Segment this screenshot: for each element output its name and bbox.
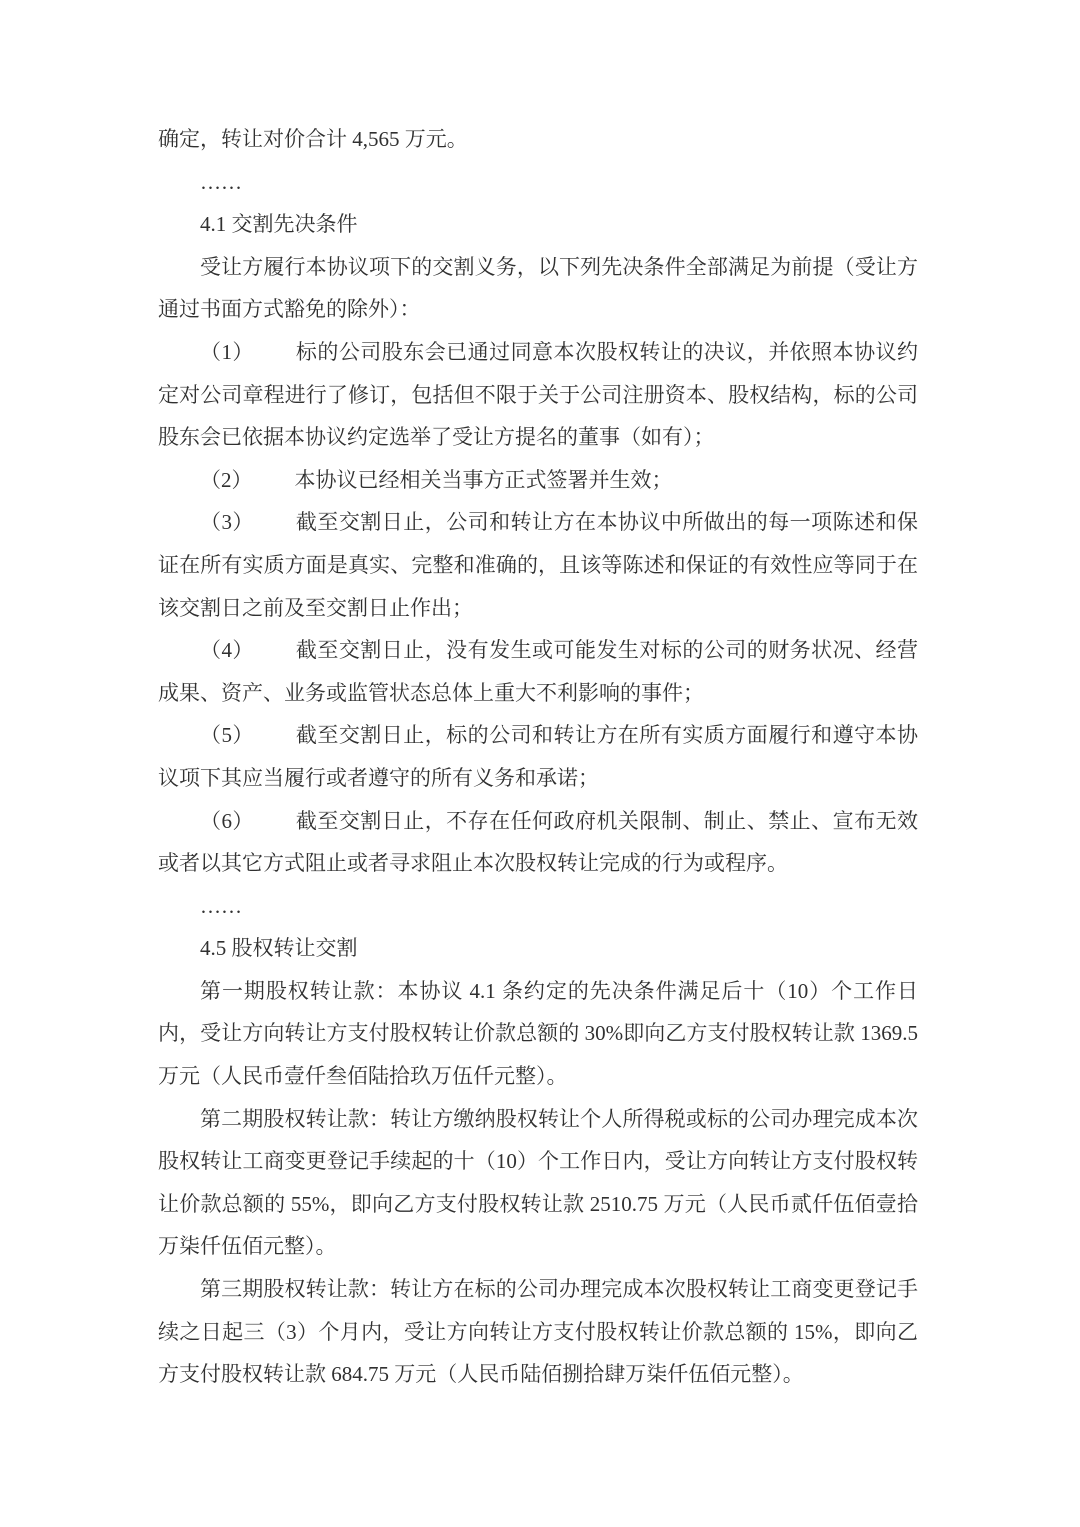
clause-number: （2） [200,468,253,492]
ellipsis-separator: …… [158,161,918,204]
ellipsis-separator: …… [158,885,918,928]
clause-text: 截至交割日止，不存在任何政府机关限制、制止、禁止、宣布无效或者以其它方式阻止或者… [158,809,918,876]
clause-item-5: （5）截至交割日止，标的公司和转让方在所有实质方面履行和遵守本协议项下其应当履行… [158,714,918,799]
clause-number: （6） [200,809,254,833]
paragraph-third-installment: 第三期股权转让款：转让方在标的公司办理完成本次股权转让工商变更登记手续之日起三（… [158,1268,918,1396]
clause-number: （5） [200,723,254,747]
clause-item-4: （4）截至交割日止，没有发生或可能发生对标的公司的财务状况、经营成果、资产、业务… [158,629,918,714]
clause-number: （1） [200,340,254,364]
paragraph-conditions-precedent-intro: 受让方履行本协议项下的交割义务，以下列先决条件全部满足为前提（受让方通过书面方式… [158,246,918,331]
clause-text: 截至交割日止，没有发生或可能发生对标的公司的财务状况、经营成果、资产、业务或监管… [158,638,918,705]
clause-number: （3） [200,510,254,534]
paragraph-first-installment: 第一期股权转让款：本协议 4.1 条约定的先决条件满足后十（10）个工作日内，受… [158,970,918,1098]
paragraph-transfer-consideration: 确定，转让对价合计 4,565 万元。 [158,118,918,161]
document-page: 确定，转让对价合计 4,565 万元。 …… 4.1 交割先决条件 受让方履行本… [0,0,1080,1527]
clause-item-2: （2）本协议已经相关当事方正式签署并生效； [158,459,918,502]
clause-text: 标的公司股东会已通过同意本次股权转让的决议，并依照本协议约定对公司章程进行了修订… [158,340,918,449]
clause-text: 截至交割日止，公司和转让方在本协议中所做出的每一项陈述和保证在所有实质方面是真实… [158,510,918,619]
clause-item-6: （6）截至交割日止，不存在任何政府机关限制、制止、禁止、宣布无效或者以其它方式阻… [158,800,918,885]
clause-number: （4） [200,638,254,662]
clause-text: 截至交割日止，标的公司和转让方在所有实质方面履行和遵守本协议项下其应当履行或者遵… [158,723,918,790]
section-heading-4-5: 4.5 股权转让交割 [158,927,918,970]
clause-item-3: （3）截至交割日止，公司和转让方在本协议中所做出的每一项陈述和保证在所有实质方面… [158,501,918,629]
clause-text: 本协议已经相关当事方正式签署并生效； [295,468,673,492]
clause-item-1: （1）标的公司股东会已通过同意本次股权转让的决议，并依照本协议约定对公司章程进行… [158,331,918,459]
paragraph-second-installment: 第二期股权转让款：转让方缴纳股权转让个人所得税或标的公司办理完成本次股权转让工商… [158,1098,918,1268]
section-heading-4-1: 4.1 交割先决条件 [158,203,918,246]
